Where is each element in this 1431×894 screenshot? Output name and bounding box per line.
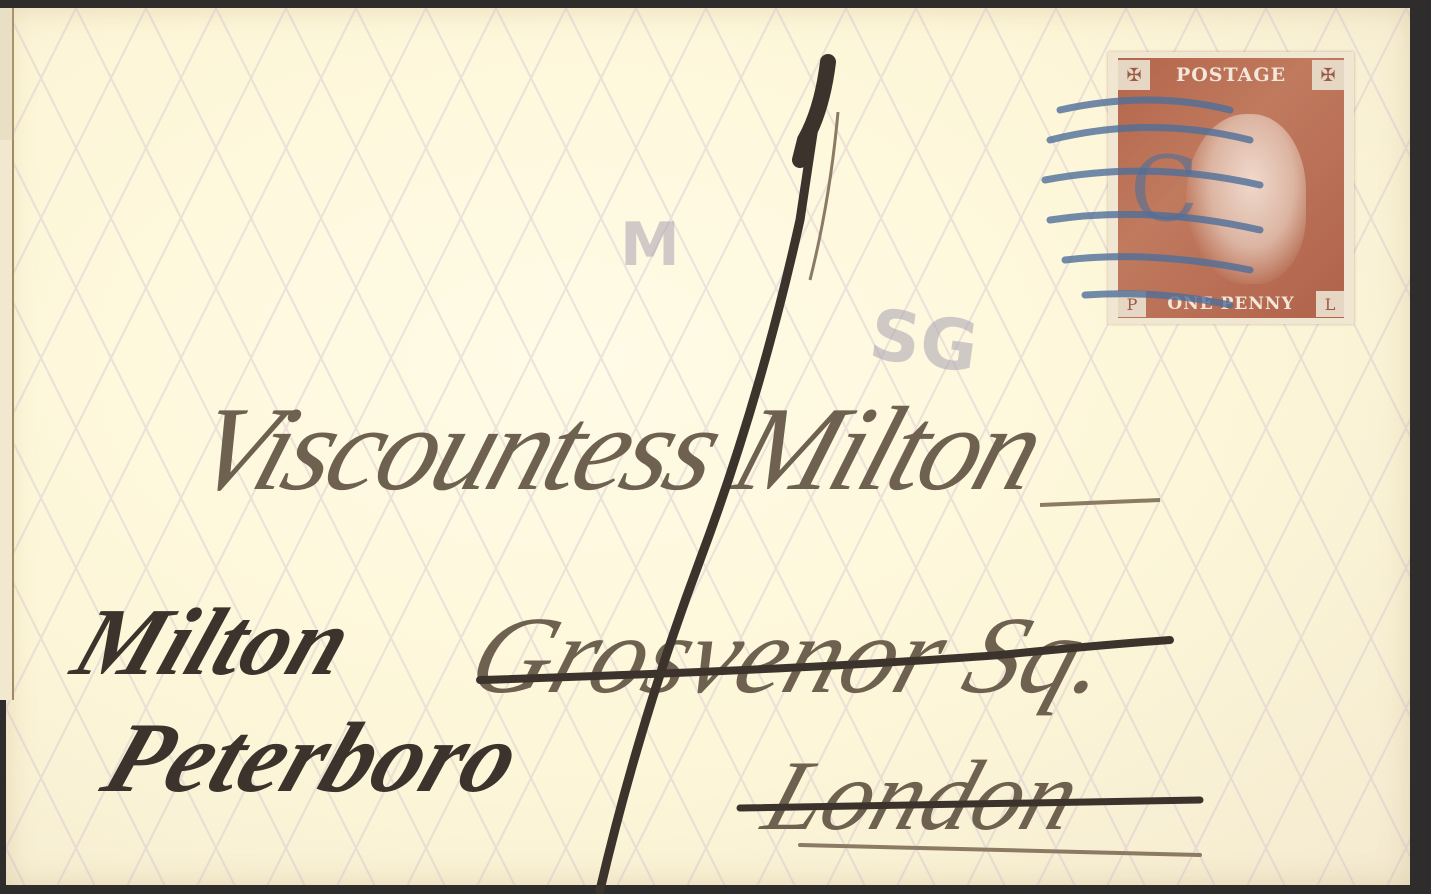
faint-handstamp-bottom: SG — [865, 293, 983, 389]
addressee-city-crossed: London — [751, 738, 1094, 853]
forwarding-address-line1: Milton — [60, 586, 367, 697]
forwarding-address-line2: Peterboro — [89, 700, 536, 815]
left-flap-edge — [0, 8, 14, 140]
background-edge — [1411, 700, 1431, 894]
addressee-name: Viscountess Milton — [178, 380, 1059, 518]
numeral-postmark: C — [1030, 70, 1310, 350]
corner-ornament-right: ✠ — [1312, 60, 1344, 90]
postmark-numeral: C — [1130, 137, 1199, 242]
addressee-street-crossed: Grosvenor Sq. — [455, 592, 1128, 719]
faint-handstamp-top: M — [620, 210, 680, 280]
corner-letter-right: L — [1316, 291, 1344, 317]
left-flap-fold — [0, 140, 14, 700]
